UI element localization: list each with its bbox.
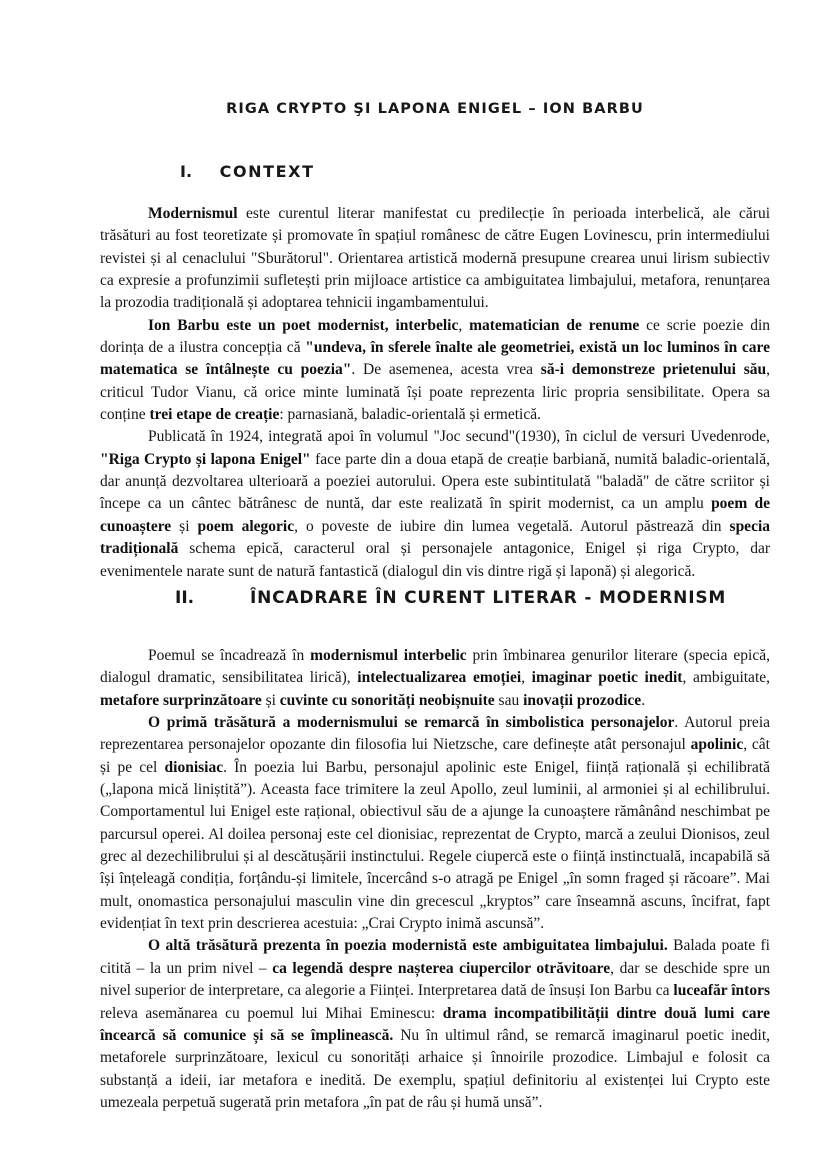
document-page: RIGA CRYPTO ŞI LAPONA ENIGEL – ION BARBU… xyxy=(0,0,828,1169)
bold-run: luceafăr întors xyxy=(673,982,770,999)
text-run: . De asemenea, acesta vrea xyxy=(351,361,540,378)
text-run: și xyxy=(262,692,280,709)
bold-run: matematician de renume xyxy=(469,317,639,334)
paragraph: O primă trăsătură a modernismului se rem… xyxy=(100,712,770,935)
paragraph: O altă trăsătură prezenta în poezia mode… xyxy=(100,935,770,1114)
bold-run: modernismul interbelic xyxy=(310,647,467,664)
bold-run: cuvinte cu sonorități neobișnuite xyxy=(280,692,495,709)
bold-run: metafore surprinzătoare xyxy=(100,692,262,709)
paragraph: Modernismul este curentul literar manife… xyxy=(100,203,770,315)
bold-run: Modernismul xyxy=(148,205,238,222)
bold-run: O altă trăsătură prezenta în poezia mode… xyxy=(148,937,668,954)
section-title: CONTEXT xyxy=(220,162,315,181)
section-number: II. xyxy=(175,588,194,608)
section-incadrare-paragraphs: Poemul se încadrează în modernismul inte… xyxy=(100,645,770,1114)
bold-run: trei etape de creație xyxy=(150,406,280,423)
text-run: releva asemănarea cu poemul lui Mihai Em… xyxy=(100,1005,443,1022)
text-run: , xyxy=(521,669,532,686)
bold-run: ca legendă despre nașterea ciupercilor o… xyxy=(272,960,610,977)
section-number: I. xyxy=(180,162,192,181)
text-run: , ambiguitate, xyxy=(682,669,770,686)
text-run: : parnasiană, baladic-orientală și ermet… xyxy=(279,406,541,423)
section-title: ÎNCADRARE ÎN CURENT LITERAR - MODERNISM xyxy=(250,588,726,608)
bold-run: inovații prozodice xyxy=(523,692,641,709)
section-heading-context: I. CONTEXT xyxy=(180,162,315,181)
text-run: , xyxy=(458,317,469,334)
bold-run: să-i demonstreze prietenului său xyxy=(541,361,766,378)
paragraph: Publicată în 1924, integrată apoi în vol… xyxy=(100,426,770,582)
text-run: Poemul se încadrează în xyxy=(148,647,310,664)
text-run: sau xyxy=(495,692,523,709)
text-run: . În poezia lui Barbu, personajul apolin… xyxy=(100,759,770,932)
bold-run: dionisiac xyxy=(165,759,224,776)
document-title: RIGA CRYPTO ŞI LAPONA ENIGEL – ION BARBU xyxy=(42,101,828,117)
bold-run: O primă trăsătură a modernismului se rem… xyxy=(148,714,674,731)
section-context-paragraphs: Modernismul este curentul literar manife… xyxy=(100,203,770,583)
text-run: și xyxy=(171,518,197,535)
paragraph: Poemul se încadrează în modernismul inte… xyxy=(100,645,770,712)
bold-run: "Riga Crypto și lapona Enigel" xyxy=(100,451,311,468)
section-heading-incadrare: II. ÎNCADRARE ÎN CURENT LITERAR - MODERN… xyxy=(175,588,726,608)
text-run: schema epică, caracterul oral și persona… xyxy=(100,540,770,579)
bold-run: imaginar poetic inedit xyxy=(532,669,683,686)
text-run: , o poveste de iubire din lumea vegetală… xyxy=(294,518,729,535)
bold-run: intelectualizarea emoției xyxy=(357,669,521,686)
bold-run: Ion Barbu este un poet modernist, interb… xyxy=(148,317,458,334)
text-run: Publicată în 1924, integrată apoi în vol… xyxy=(148,428,770,445)
bold-run: apolinic xyxy=(691,736,744,753)
bold-run: poem alegoric xyxy=(197,518,294,535)
paragraph: Ion Barbu este un poet modernist, interb… xyxy=(100,315,770,427)
text-run: . xyxy=(641,692,645,709)
